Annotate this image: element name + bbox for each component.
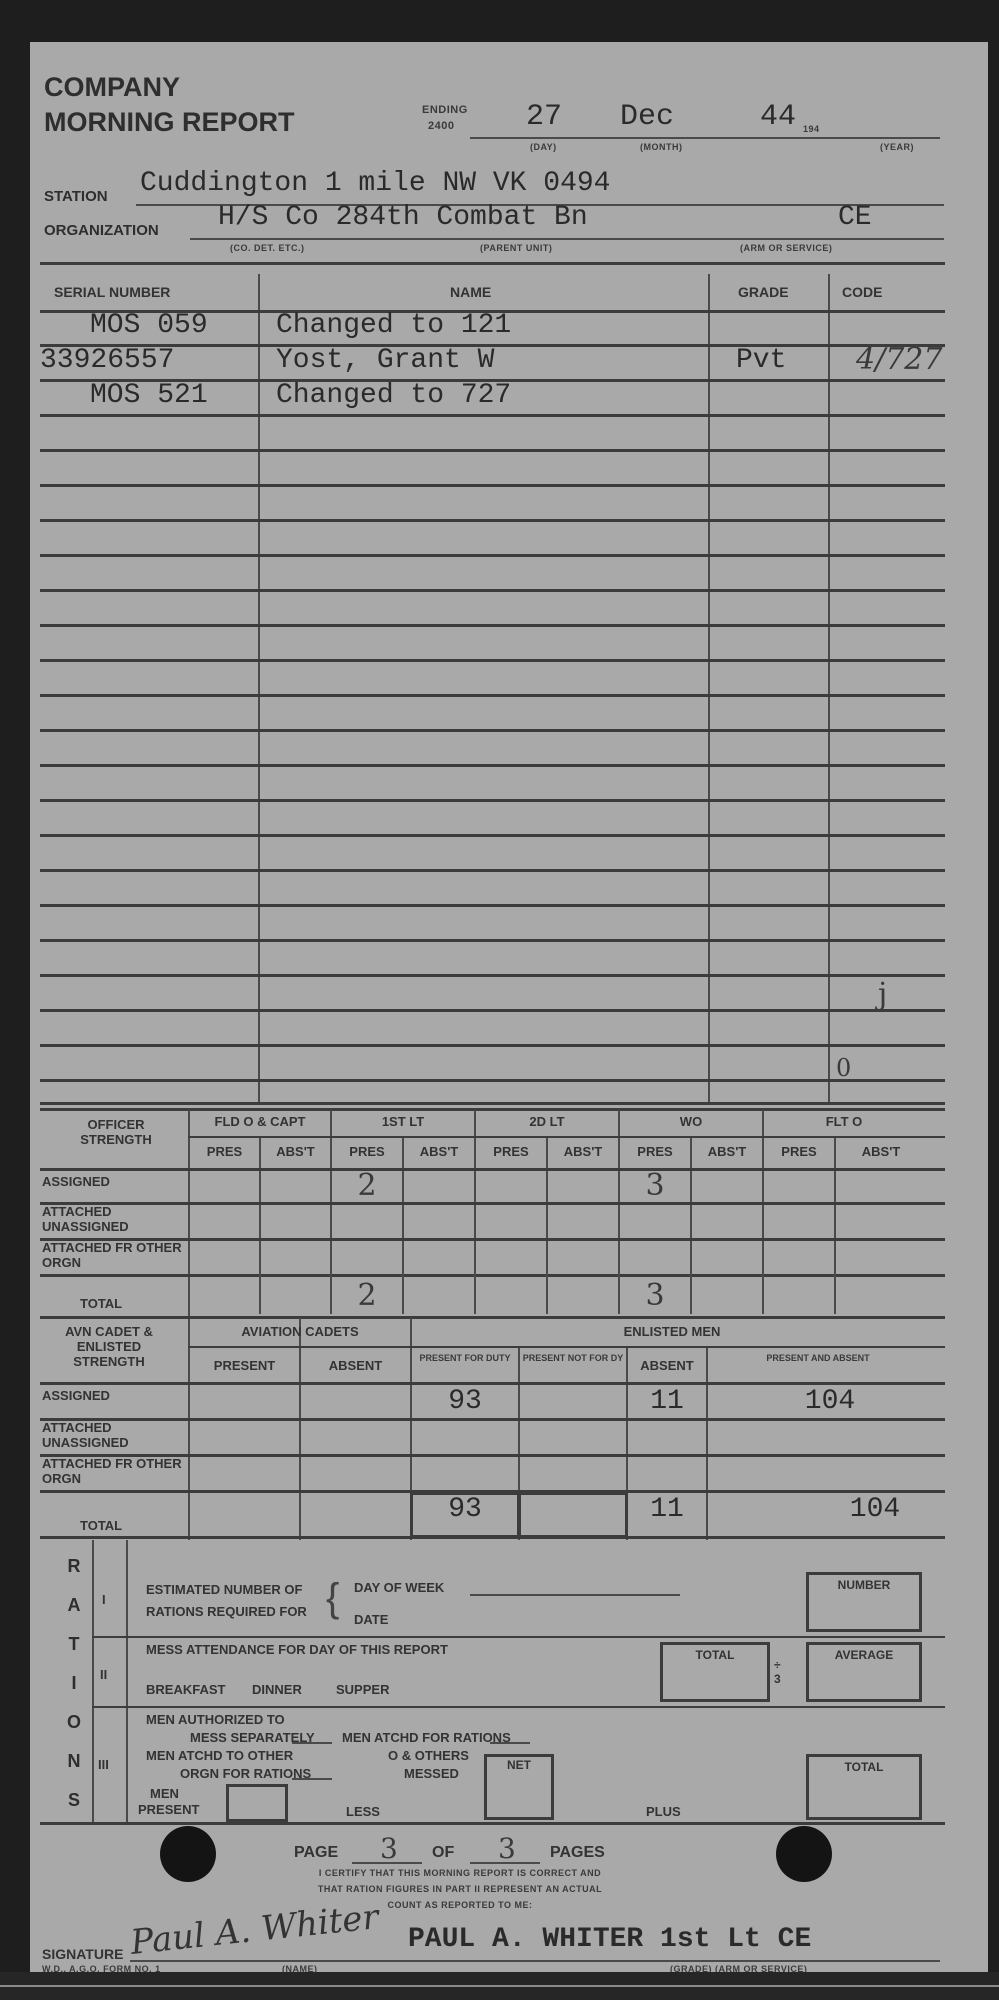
org-caption-arm: (ARM OR SERVICE): [740, 243, 832, 253]
enlisted-row-assigned: ASSIGNED: [42, 1388, 110, 1403]
men-atchd-for-rations-label: MEN ATCHD FOR RATIONS: [342, 1730, 511, 1745]
row-rule: [40, 729, 945, 732]
part-iii-total-label: TOTAL: [806, 1760, 922, 1774]
other-text1: MEN ATCHD TO OTHER: [146, 1748, 293, 1763]
entry-serial: 33926557: [40, 345, 174, 376]
sub-abst: ABS'T: [261, 1144, 330, 1159]
officer-group-fld-o-capt: FLD O & CAPT: [190, 1114, 330, 1129]
signature-label: SIGNATURE: [42, 1946, 123, 1962]
group-aviation-cadets: AVIATION CADETS: [190, 1324, 410, 1339]
day-of-week-label: DAY OF WEEK: [354, 1580, 444, 1595]
officer-top-rule: [40, 1108, 945, 1111]
enlisted-row-attached-other: ATTACHED FR OTHER ORGN: [42, 1456, 182, 1486]
row-rule: [40, 554, 945, 557]
sub-pres: PRES: [332, 1144, 402, 1159]
form-title-line2: MORNING REPORT: [44, 107, 295, 138]
sub-present-for-duty: PRESENT FOR DUTY: [412, 1352, 518, 1364]
row-rule: [40, 799, 945, 802]
rations-letter: T: [64, 1625, 84, 1664]
orgn-for-rations-field[interactable]: [292, 1778, 332, 1780]
enlisted-bottom-rule: [40, 1536, 945, 1539]
row-rule: [40, 904, 945, 907]
certify-line-1: I CERTIFY THAT THIS MORNING REPORT IS CO…: [230, 1868, 690, 1878]
enlisted-total-present-for-duty: 93: [412, 1494, 518, 1525]
col-rule: [330, 1274, 332, 1314]
row-rule: [40, 939, 945, 942]
rations-col-rule: [92, 1540, 94, 1822]
month-caption: (MONTH): [640, 142, 683, 152]
officer-total-1st-lt-pres: 2: [332, 1278, 402, 1313]
sub-pres: PRES: [190, 1144, 259, 1159]
col-grade: GRADE: [738, 284, 789, 300]
page-total: 3: [498, 1832, 516, 1865]
row-rule: [40, 624, 945, 627]
sub-cadets-present: PRESENT: [190, 1358, 299, 1373]
breakfast-label: BREAKFAST: [146, 1682, 225, 1697]
sub-present-and-absent: PRESENT AND ABSENT: [708, 1352, 928, 1364]
entry-serial: MOS 521: [90, 380, 208, 411]
rations-col-rule: [126, 1540, 128, 1822]
enlisted-row-attached-unassigned: ATTACHED UNASSIGNED: [42, 1420, 182, 1450]
date-underline: [470, 137, 940, 139]
part-i-numeral: I: [102, 1592, 106, 1607]
rations-side-label: R A T I O N S: [64, 1547, 84, 1820]
col-serial-number: SERIAL NUMBER: [54, 284, 170, 300]
entry-grade: Pvt: [736, 345, 786, 376]
morning-report-form: COMPANY MORNING REPORT ENDING 2400 27 De…: [30, 42, 988, 1972]
entry-name: Changed to 727: [276, 380, 511, 411]
enlisted-strength-title: AVN CADET & ENLISTED STRENGTH: [44, 1324, 174, 1369]
organization-value: H/S Co 284th Combat Bn: [218, 202, 588, 233]
entries-bottom-rule: [40, 1102, 945, 1105]
typed-name: PAUL A. WHITER 1st Lt CE: [408, 1924, 811, 1955]
enlisted-assigned-present-for-duty: 93: [412, 1386, 518, 1417]
certify-line-2: THAT RATION FIGURES IN PART II REPRESENT…: [230, 1884, 690, 1894]
officer-row-attached-unassigned: ATTACHED UNASSIGNED: [42, 1204, 182, 1234]
men-present-box[interactable]: [226, 1784, 288, 1822]
signature-line: [130, 1960, 940, 1962]
row-rule: [40, 1044, 945, 1047]
station-label: STATION: [44, 188, 108, 205]
rations-letter: A: [64, 1586, 84, 1625]
film-edge-line: [0, 1985, 999, 1987]
org-caption-parent: (PARENT UNIT): [480, 243, 552, 253]
officer-group-2d-lt: 2D LT: [476, 1114, 618, 1129]
row-rule: [40, 449, 945, 452]
report-year: 44: [760, 100, 796, 134]
pages-label: PAGES: [550, 1844, 605, 1862]
sub-abst: ABS'T: [692, 1144, 762, 1159]
part-ii-text: MESS ATTENDANCE FOR DAY OF THIS REPORT: [146, 1642, 448, 1657]
row-rule: [40, 659, 945, 662]
supper-label: SUPPER: [336, 1682, 389, 1697]
row-rule: [40, 1274, 945, 1277]
punch-hole-left: [160, 1826, 216, 1882]
enlisted-total-absent: 11: [628, 1494, 706, 1525]
sub-pres: PRES: [764, 1144, 834, 1159]
col-rule: [834, 1274, 836, 1314]
part-i-text2: RATIONS REQUIRED FOR: [146, 1604, 307, 1619]
enlisted-row-total: TOTAL: [80, 1518, 122, 1533]
part-divider: [92, 1706, 945, 1708]
rations-letter: I: [64, 1664, 84, 1703]
row-rule: [40, 834, 945, 837]
rations-letter: N: [64, 1742, 84, 1781]
row-rule: [40, 694, 945, 697]
part-i-text1: ESTIMATED NUMBER OF: [146, 1582, 302, 1597]
col-code: CODE: [842, 284, 882, 300]
page-number: 3: [380, 1832, 398, 1865]
men-present-label-2: PRESENT: [138, 1802, 199, 1817]
sub-enlisted-absent: ABSENT: [628, 1358, 706, 1373]
group-enlisted-men: ENLISTED MEN: [412, 1324, 932, 1339]
officer-row-total: TOTAL: [80, 1296, 122, 1311]
sub-pres: PRES: [476, 1144, 546, 1159]
rations-letter: S: [64, 1781, 84, 1820]
date-label: DATE: [354, 1612, 388, 1627]
sub-cadets-absent: ABSENT: [301, 1358, 410, 1373]
officer-group-wo: WO: [620, 1114, 762, 1129]
col-rule: [299, 1318, 301, 1540]
officer-total-wo-pres: 3: [620, 1278, 690, 1313]
officer-strength-title: OFFICER STRENGTH: [56, 1117, 176, 1147]
report-month: Dec: [620, 100, 674, 134]
number-box-label: NUMBER: [806, 1578, 922, 1592]
row-rule: [40, 414, 945, 417]
row-rule: [40, 869, 945, 872]
entry-serial: MOS 059: [90, 310, 208, 341]
plus-label: PLUS: [646, 1804, 681, 1819]
enlisted-total-present-and-absent: 104: [820, 1494, 930, 1525]
entries-divider-1: [258, 274, 260, 1104]
col-rule: [618, 1274, 620, 1314]
margin-mark: j: [878, 977, 887, 1012]
enlisted-assigned-absent: 11: [628, 1386, 706, 1417]
subheader-rule: [188, 1346, 945, 1348]
entry-name: Changed to 121: [276, 310, 511, 341]
col-rule: [402, 1274, 404, 1314]
average-label: AVERAGE: [806, 1648, 922, 1662]
officer-row-assigned: ASSIGNED: [42, 1174, 110, 1189]
row-rule: [40, 1168, 945, 1171]
auth-text1: MEN AUTHORIZED TO: [146, 1712, 285, 1727]
o-others-messed-label: MESSED: [404, 1766, 459, 1781]
row-rule: [40, 519, 945, 522]
row-rule: [40, 1009, 945, 1012]
col-rule: [259, 1274, 261, 1314]
o-others-label: O & OTHERS: [388, 1748, 469, 1763]
page-label: PAGE: [294, 1844, 338, 1862]
part-ii-numeral: II: [100, 1667, 107, 1682]
day-caption: (DAY): [530, 142, 557, 152]
sub-present-not-for-duty: PRESENT NOT FOR DY: [520, 1352, 626, 1364]
station-value: Cuddington 1 mile NW VK 0494: [140, 168, 610, 199]
rations-bottom-rule: [40, 1822, 945, 1825]
ending-label: ENDING: [422, 104, 468, 116]
organization-label: ORGANIZATION: [44, 222, 159, 239]
men-present-label-1: MEN: [150, 1786, 179, 1801]
divide-by-three: ÷ 3: [774, 1658, 788, 1686]
entries-divider-3: [828, 274, 830, 1104]
organization-underline: [190, 238, 944, 240]
punch-hole-right: [776, 1826, 832, 1882]
less-label: LESS: [346, 1804, 380, 1819]
col-name: NAME: [450, 284, 491, 300]
ending-time: 2400: [428, 120, 454, 132]
of-label: OF: [432, 1844, 454, 1862]
mess-total-label: TOTAL: [660, 1648, 770, 1662]
officer-row-attached-other: ATTACHED FR OTHER ORGN: [42, 1240, 182, 1270]
row-rule: [40, 1079, 945, 1082]
arm-value: CE: [838, 202, 872, 233]
brace-icon: {: [326, 1578, 339, 1618]
officer-group-1st-lt: 1ST LT: [332, 1114, 474, 1129]
year-prefix: 194: [803, 124, 820, 134]
col-rule: [546, 1274, 548, 1314]
entries-top-rule: [40, 262, 945, 265]
form-title-line1: COMPANY: [44, 72, 180, 103]
col-rule: [690, 1274, 692, 1314]
sub-abst: ABS'T: [404, 1144, 474, 1159]
col-rule: [762, 1274, 764, 1314]
col-rule: [474, 1274, 476, 1314]
row-rule: [40, 764, 945, 767]
officer-bottom-rule: [40, 1316, 945, 1319]
row-rule: [40, 974, 945, 977]
sub-abst: ABS'T: [836, 1144, 926, 1159]
sub-pres: PRES: [620, 1144, 690, 1159]
total-present-not-for-duty-box: [518, 1492, 628, 1538]
col-rule: [706, 1347, 708, 1540]
net-label: NET: [484, 1758, 554, 1772]
org-caption-co: (CO. DET. ETC.): [230, 243, 305, 253]
part-iii-numeral: III: [98, 1757, 109, 1772]
report-day: 27: [526, 100, 562, 134]
officer-assigned-1st-lt-pres: 2: [332, 1168, 402, 1203]
enlisted-assigned-present-and-absent: 104: [770, 1386, 890, 1417]
rations-letter: R: [64, 1547, 84, 1586]
officer-group-flt-o: FLT O: [764, 1114, 924, 1129]
year-caption: (YEAR): [880, 142, 914, 152]
row-rule: [40, 589, 945, 592]
entries-divider-2: [708, 274, 710, 1104]
mess-separately-field[interactable]: [292, 1742, 332, 1744]
rations-letter: O: [64, 1703, 84, 1742]
row-rule: [40, 484, 945, 487]
entry-name: Yost, Grant W: [276, 345, 494, 376]
part-divider: [92, 1636, 945, 1638]
men-atchd-for-rations-field[interactable]: [490, 1742, 530, 1744]
sub-abst: ABS'T: [548, 1144, 618, 1159]
dinner-label: DINNER: [252, 1682, 302, 1697]
entry-code: 4/727: [856, 342, 942, 377]
subheader-rule: [188, 1136, 945, 1138]
row-rule: [40, 1382, 945, 1385]
day-of-week-field[interactable]: [470, 1594, 680, 1596]
margin-mark: 0: [836, 1054, 851, 1082]
officer-assigned-wo-pres: 3: [620, 1168, 690, 1203]
